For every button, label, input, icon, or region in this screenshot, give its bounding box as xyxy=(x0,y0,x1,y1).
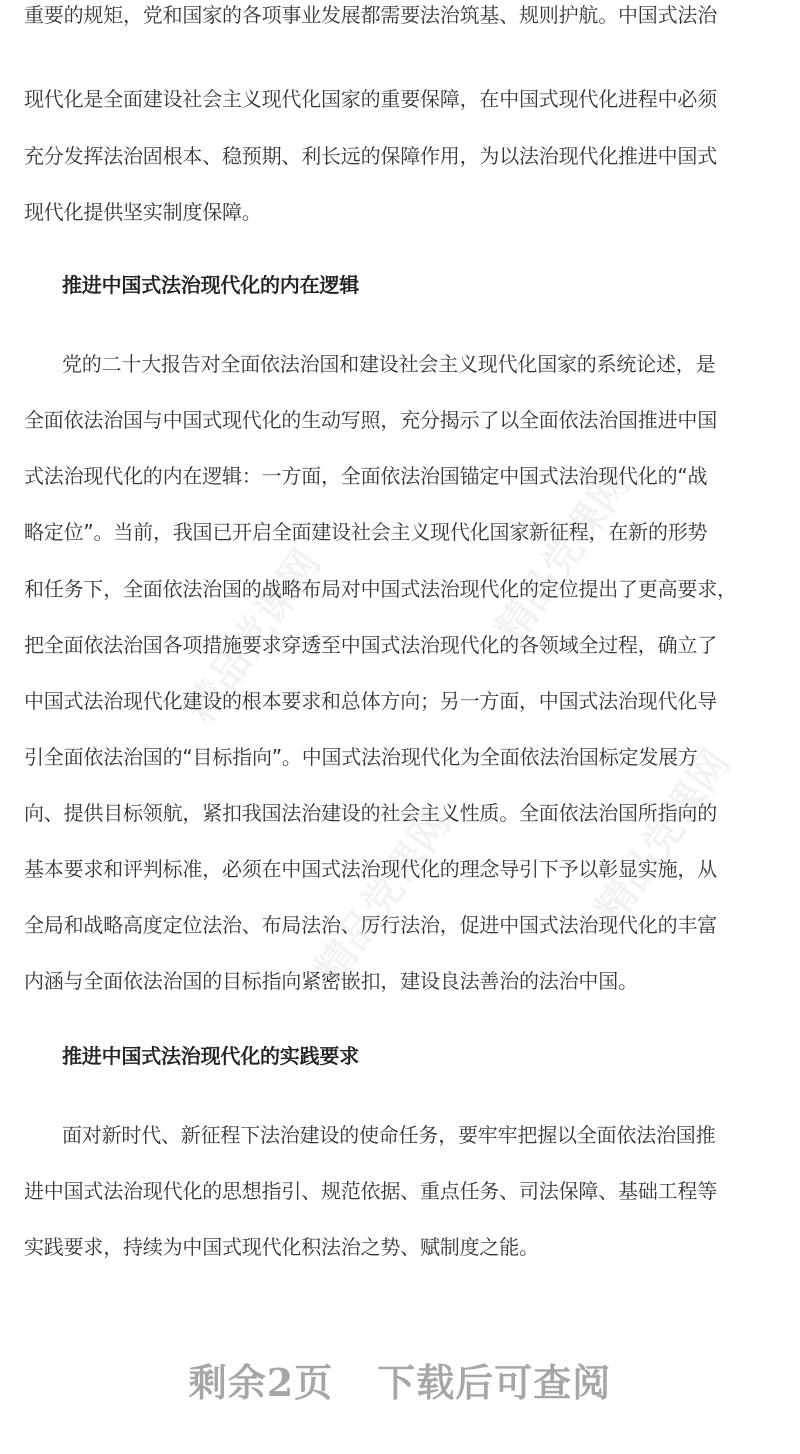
text-line: 实践要求，持续为中国式现代化积法治之势、赋制度之能。 xyxy=(24,1234,784,1260)
text-line: 现代化提供坚实制度保障。 xyxy=(24,199,784,225)
download-prompt[interactable]: 剩余2页下载后可查阅 xyxy=(0,1352,800,1407)
remaining-pages-label: 剩余2页 xyxy=(189,1352,333,1407)
text-line: 内涵与全面依法治国的目标指向紧密嵌扣，建设良法善治的法治中国。 xyxy=(24,968,784,994)
section-heading: 推进中国式法治现代化的内在逻辑 xyxy=(62,272,800,298)
text-line: 略定位”。当前，我国已开启全面建设社会主义现代化国家新征程，在新的形势 xyxy=(24,519,784,545)
text-line: 中国式法治现代化建设的根本要求和总体方向；另一方面，中国式法治现代化导 xyxy=(24,688,784,714)
text-line: 基本要求和评判标准，必须在中国式法治现代化的理念导引下予以彰显实施，从 xyxy=(24,856,784,882)
text-line: 和任务下，全面依法治国的战略布局对中国式法治现代化的定位提出了更高要求， xyxy=(24,576,784,602)
text-line: 向、提供目标领航，紧扣我国法治建设的社会主义性质。全面依法治国所指向的 xyxy=(24,800,784,826)
text-line: 式法治现代化的内在逻辑：一方面，全面依法治国锚定中国式法治现代化的“战 xyxy=(24,463,784,489)
text-line: 进中国式法治现代化的思想指引、规范依据、重点任务、司法保障、基础工程等 xyxy=(24,1178,784,1204)
text-line: 充分发挥法治固根本、稳预期、利长远的保障作用，为以法治现代化推进中国式 xyxy=(24,143,784,169)
text-line: 全局和战略高度定位法治、布局法治、厉行法治，促进中国式法治现代化的丰富 xyxy=(24,912,784,938)
text-line: 面对新时代、新征程下法治建设的使命任务，要牢牢把握以全面依法治国推 xyxy=(62,1122,800,1148)
text-line: 全面依法治国与中国式现代化的生动写照，充分揭示了以全面依法治国推进中国 xyxy=(24,407,784,433)
text-line: 现代化是全面建设社会主义现代化国家的重要保障，在中国式现代化进程中必须 xyxy=(24,86,784,112)
text-line: 重要的规矩，党和国家的各项事业发展都需要法治筑基、规则护航。中国式法治 xyxy=(24,2,784,28)
text-line: 引全面依法治国的“目标指向”。中国式法治现代化为全面依法治国标定发展方 xyxy=(24,744,784,770)
text-line: 把全面依法治国各项措施要求穿透至中国式法治现代化的各领域全过程，确立了 xyxy=(24,632,784,658)
download-to-view-label: 下载后可查阅 xyxy=(377,1352,611,1407)
section-heading: 推进中国式法治现代化的实践要求 xyxy=(62,1043,800,1069)
text-line: 党的二十大报告对全面依法治国和建设社会主义现代化国家的系统论述，是 xyxy=(62,351,800,377)
